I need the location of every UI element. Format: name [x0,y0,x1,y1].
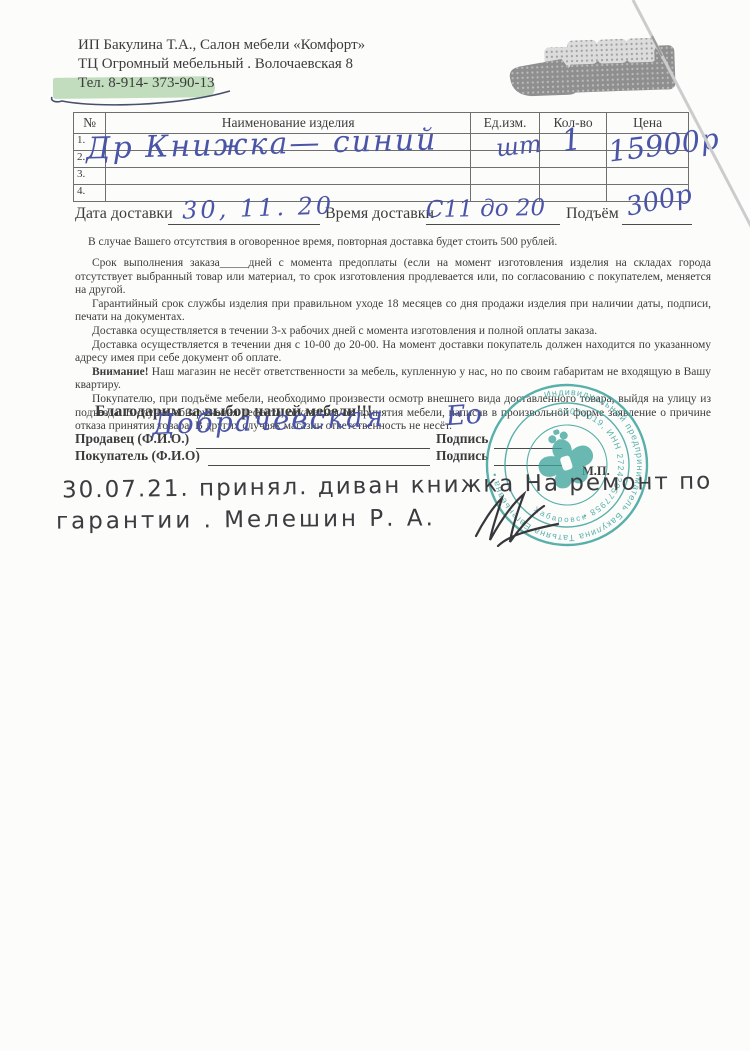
company-header: ИП Бакулина Т.А., Салон мебели «Комфорт»… [78,36,365,93]
repeat-delivery-notice: В случае Вашего отсутствия в оговоренное… [88,236,557,248]
row-number: 4. [74,185,106,202]
term-paragraph: Гарантийный срок службы изделия при прав… [75,298,711,325]
handwritten-delivery-time: С11 до 20 [426,195,546,223]
delivery-time-line [426,223,560,225]
term-paragraph: Доставка осуществляется в течении 3-х ра… [75,325,711,339]
cell-quantity [539,185,607,202]
seller-name-line [196,447,430,449]
scanned-document: ИП Бакулина Т.А., Салон мебели «Комфорт»… [0,0,750,1051]
handwritten-delivery-date: 30, 11. 20 [182,191,335,224]
table-row: 3. [74,168,689,185]
handwritten-note-line2: гарантии . Мелешин Р. А. [56,505,436,534]
buyer-name-line [208,464,430,466]
company-phone: Тел. 8-914- 373-90-13 [78,74,365,93]
delivery-date-label: Дата доставки [75,205,173,223]
company-address: ТЦ Огромный мебельный . Волочаевская 8 [78,55,365,74]
cell-item-name [106,168,471,185]
cell-unit [471,168,540,185]
receiver-signature [468,484,568,554]
delivery-time-label: Время доставки [325,205,434,223]
lift-label: Подъём [566,205,619,223]
sofa-image [500,28,685,113]
cell-quantity [539,168,607,185]
term-paragraph: Срок выполнения заказа_____дней с момент… [75,257,711,298]
term-paragraph: Доставка осуществляется в течении дня с … [75,339,711,366]
handwritten-seller-signature: Ео [445,399,483,432]
attention-label: Внимание! [92,366,149,378]
handwritten-seller-name: Добрачевская [151,400,385,441]
buyer-label: Покупатель (Ф.И.О) [75,448,200,464]
row-number: 3. [74,168,106,185]
lift-line [622,223,692,225]
table-row: 4. [74,185,689,202]
handwritten-unit: шт [495,130,543,163]
company-name: ИП Бакулина Т.А., Салон мебели «Комфорт» [78,36,365,55]
